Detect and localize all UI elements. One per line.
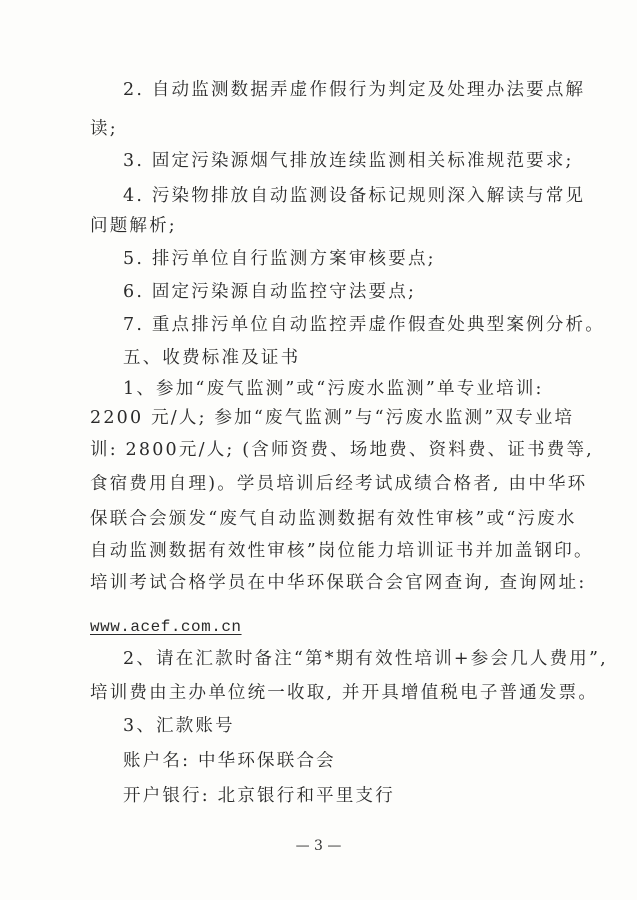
website-link[interactable]: www.acef.com.cn (90, 616, 560, 638)
list-item-4: 4. 污染物排放自动监测设备标记规则深入解读与常见 (123, 185, 593, 207)
account-heading: 3、汇款账号 (123, 715, 593, 737)
page-number: — 3 — (0, 838, 637, 854)
section-heading-fees: 五、收费标准及证书 (123, 347, 593, 369)
remittance-note-line-2: 培训费由主办单位统一收取, 并开具增值税电子普通发票。 (90, 682, 560, 704)
fee-paragraph-line-3: 训: 2800元/人; (含师资费、场地费、资料费、证书费等, (90, 439, 560, 461)
list-item-2: 2. 自动监测数据弄虚作假行为判定及处理办法要点解 (123, 79, 593, 101)
remittance-note-line-1: 2、请在汇款时备注“第*期有效性培训+参会几人费用”, (123, 648, 593, 670)
list-item-3: 3. 固定污染源烟气排放连续监测相关标准规范要求; (123, 150, 593, 172)
list-item-7: 7. 重点排污单位自动监控弄虚作假查处典型案例分析。 (123, 314, 593, 336)
fee-paragraph-line-4: 食宿费用自理)。学员培训后经考试成绩合格者, 由中华环 (90, 473, 560, 495)
list-item-5: 5. 排污单位自行监测方案审核要点; (123, 248, 593, 270)
fee-paragraph-line-1: 1、参加“废气监测”或“污废水监测”单专业培训: (123, 378, 593, 400)
list-item-4-cont: 问题解析; (90, 215, 560, 237)
list-item-2-cont: 读; (90, 118, 560, 140)
fee-paragraph-line-7: 培训考试合格学员在中华环保联合会官网查询, 查询网址: (90, 572, 560, 594)
document-page: 2. 自动监测数据弄虚作假行为判定及处理办法要点解 读; 3. 固定污染源烟气排… (0, 0, 637, 900)
list-item-6: 6. 固定污染源自动监控守法要点; (123, 281, 593, 303)
account-name: 账户名: 中华环保联合会 (123, 750, 593, 772)
fee-paragraph-line-5: 保联合会颁发“废气自动监测数据有效性审核”或“污废水 (90, 508, 560, 530)
bank-name: 开户银行: 北京银行和平里支行 (123, 785, 593, 807)
fee-paragraph-line-2: 2200 元/人; 参加“废气监测”与“污废水监测”双专业培 (90, 407, 560, 429)
fee-paragraph-line-6: 自动监测数据有效性审核”岗位能力培训证书并加盖钢印。 (90, 540, 560, 562)
